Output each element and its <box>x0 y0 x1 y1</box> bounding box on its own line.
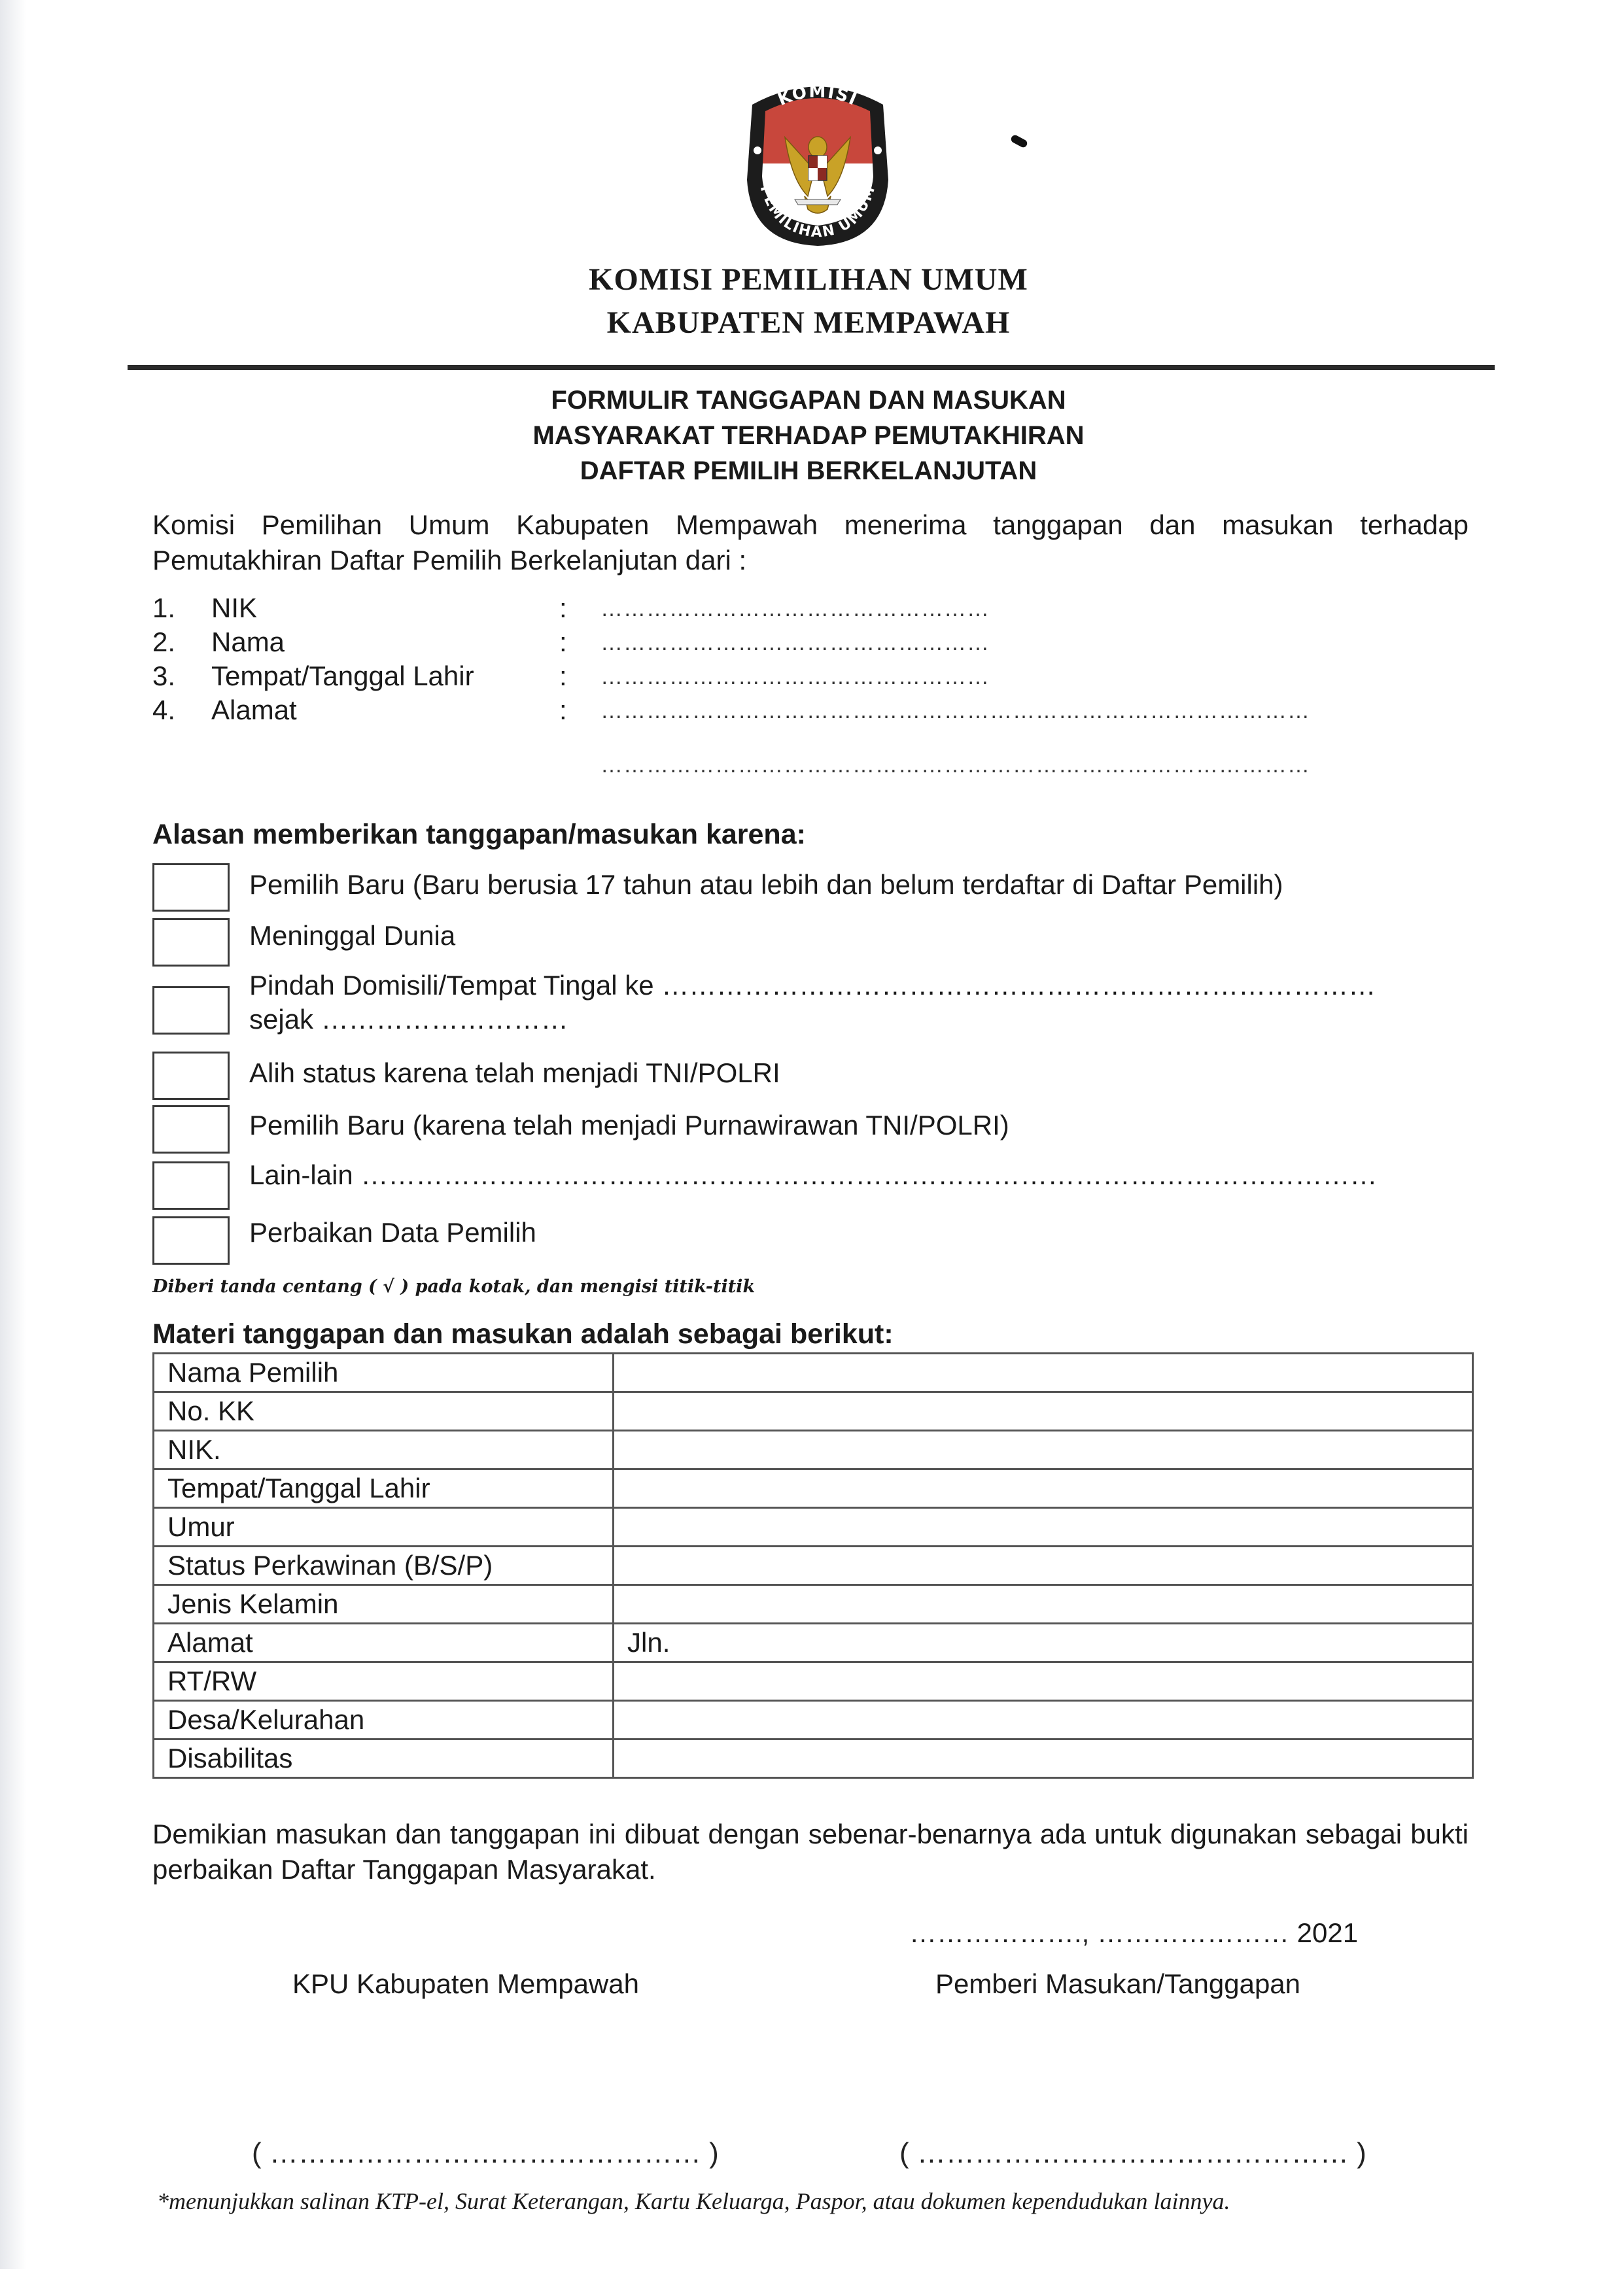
table-row: Disabilitas <box>154 1739 1473 1778</box>
reasons-heading: Alasan memberikan tanggapan/masukan kare… <box>152 819 806 851</box>
field-number: 3. <box>152 660 175 692</box>
table-row: Jenis Kelamin <box>154 1585 1473 1624</box>
reason-checkbox[interactable] <box>152 863 230 912</box>
field-label: Tempat/Tanggal Lahir <box>211 660 474 692</box>
row-key: Umur <box>154 1508 614 1547</box>
materi-table: Nama PemilihNo. KKNIK.Tempat/Tanggal Lah… <box>152 1352 1474 1779</box>
materi-heading: Materi tanggapan dan masukan adalah seba… <box>152 1318 894 1350</box>
row-value[interactable] <box>614 1354 1473 1392</box>
table-row: AlamatJln. <box>154 1624 1473 1662</box>
alamat-fill-line[interactable]: ………………………………………………………………………………… <box>600 698 1310 724</box>
row-key: Desa/Kelurahan <box>154 1701 614 1739</box>
reason-label: Pemilih Baru (karena telah menjadi Purna… <box>249 1108 1009 1143</box>
row-key: Jenis Kelamin <box>154 1585 614 1624</box>
ttl-fill-line[interactable]: …………………………………………… <box>600 664 990 690</box>
identity-field-nik: 1. NIK : …………………………………………… <box>152 592 1474 628</box>
row-key: No. KK <box>154 1392 614 1431</box>
field-number: 4. <box>152 694 175 726</box>
kpu-logo-icon: KOMISI PEMILIHAN UMUM <box>739 72 896 248</box>
table-row: RT/RW <box>154 1662 1473 1701</box>
reason-label: Perbaikan Data Pemilih <box>249 1215 536 1250</box>
form-title: FORMULIR TANGGAPAN DAN MASUKAN MASYARAKA… <box>0 383 1617 488</box>
row-value[interactable] <box>614 1547 1473 1585</box>
table-row: Umur <box>154 1508 1473 1547</box>
identity-field-nama: 2. Nama : …………………………………………… <box>152 626 1474 662</box>
table-row: Nama Pemilih <box>154 1354 1473 1392</box>
row-value[interactable] <box>614 1392 1473 1431</box>
field-number: 2. <box>152 626 175 658</box>
nik-fill-line[interactable]: …………………………………………… <box>600 596 990 622</box>
reason-checkbox[interactable] <box>152 918 230 967</box>
row-key: Nama Pemilih <box>154 1354 614 1392</box>
closing-paragraph: Demikian masukan dan tanggapan ini dibua… <box>152 1817 1469 1887</box>
row-value[interactable] <box>614 1585 1473 1624</box>
reason-label: Pemilih Baru (Baru berusia 17 tahun atau… <box>249 867 1283 902</box>
row-value[interactable] <box>614 1508 1473 1547</box>
reason-checkbox[interactable] <box>152 1216 230 1265</box>
reason-checkbox[interactable] <box>152 986 230 1035</box>
footnote: *menunjukkan salinan KTP-el, Surat Keter… <box>157 2187 1230 2215</box>
signature-left-label: KPU Kabupaten Mempawah <box>292 1968 639 2000</box>
row-key: Status Perkawinan (B/S/P) <box>154 1547 614 1585</box>
reason-checkbox[interactable] <box>152 1052 230 1100</box>
nama-fill-line[interactable]: …………………………………………… <box>600 630 990 656</box>
table-row: No. KK <box>154 1392 1473 1431</box>
form-title-line3: DAFTAR PEMILIH BERKELANJUTAN <box>0 453 1617 488</box>
row-key: NIK. <box>154 1431 614 1469</box>
table-row: Desa/Kelurahan <box>154 1701 1473 1739</box>
field-colon: : <box>559 660 567 692</box>
form-title-line1: FORMULIR TANGGAPAN DAN MASUKAN <box>0 383 1617 418</box>
form-title-line2: MASYARAKAT TERHADAP PEMUTAKHIRAN <box>0 418 1617 453</box>
reason-label: Meninggal Dunia <box>249 918 455 953</box>
table-row: Status Perkawinan (B/S/P) <box>154 1547 1473 1585</box>
reason-label[interactable]: Lain-lain ………………………………………………………………………………… <box>249 1157 1377 1193</box>
identity-field-alamat: 4. Alamat : …………………………………………………………………………… <box>152 694 1474 730</box>
field-label: NIK <box>211 592 257 624</box>
field-number: 1. <box>152 592 175 624</box>
org-title-line1: KOMISI PEMILIHAN UMUM <box>0 262 1617 298</box>
checkbox-instruction-note: Diberi tanda centang ( √ ) pada kotak, d… <box>152 1277 755 1297</box>
field-colon: : <box>559 694 567 726</box>
header-divider <box>128 365 1495 370</box>
row-value[interactable]: Jln. <box>614 1624 1473 1662</box>
row-key: Tempat/Tanggal Lahir <box>154 1469 614 1508</box>
identity-field-alamat-cont: ………………………………………………………………………………… <box>152 749 1474 784</box>
row-value[interactable] <box>614 1431 1473 1469</box>
identity-field-ttl: 3. Tempat/Tanggal Lahir : ……………………………………… <box>152 660 1474 696</box>
reason-checkbox[interactable] <box>152 1161 230 1210</box>
reason-label: Alih status karena telah menjadi TNI/POL… <box>249 1055 780 1091</box>
row-value[interactable] <box>614 1662 1473 1701</box>
row-value[interactable] <box>614 1701 1473 1739</box>
reason-label: Pindah Domisili/Tempat Tingal ke …………………… <box>249 968 1376 1003</box>
row-value[interactable] <box>614 1739 1473 1778</box>
org-title-line2: KABUPATEN MEMPAWAH <box>0 305 1617 341</box>
table-row: Tempat/Tanggal Lahir <box>154 1469 1473 1508</box>
table-row: NIK. <box>154 1431 1473 1469</box>
signature-left-name[interactable]: ( ……………………………………… ) <box>252 2137 719 2170</box>
field-label: Alamat <box>211 694 297 726</box>
reason-checkbox[interactable] <box>152 1105 230 1154</box>
row-key: Alamat <box>154 1624 614 1662</box>
signature-right-label: Pemberi Masukan/Tanggapan <box>935 1968 1300 2000</box>
row-value[interactable] <box>614 1469 1473 1508</box>
field-label: Nama <box>211 626 285 658</box>
intro-paragraph: Komisi Pemilihan Umum Kabupaten Mempawah… <box>152 507 1469 578</box>
row-key: RT/RW <box>154 1662 614 1701</box>
alamat-fill-line-2[interactable]: ………………………………………………………………………………… <box>600 753 1310 778</box>
field-colon: : <box>559 626 567 658</box>
field-colon: : <box>559 592 567 624</box>
reason-label-sejak[interactable]: sejak ……………………… <box>249 1002 568 1037</box>
signature-right-name[interactable]: ( ……………………………………… ) <box>899 2137 1366 2170</box>
signature-date-line[interactable]: ………………., ………………… 2021 <box>909 1917 1358 1949</box>
scan-artifact-mark <box>1010 134 1029 149</box>
row-key: Disabilitas <box>154 1739 614 1778</box>
